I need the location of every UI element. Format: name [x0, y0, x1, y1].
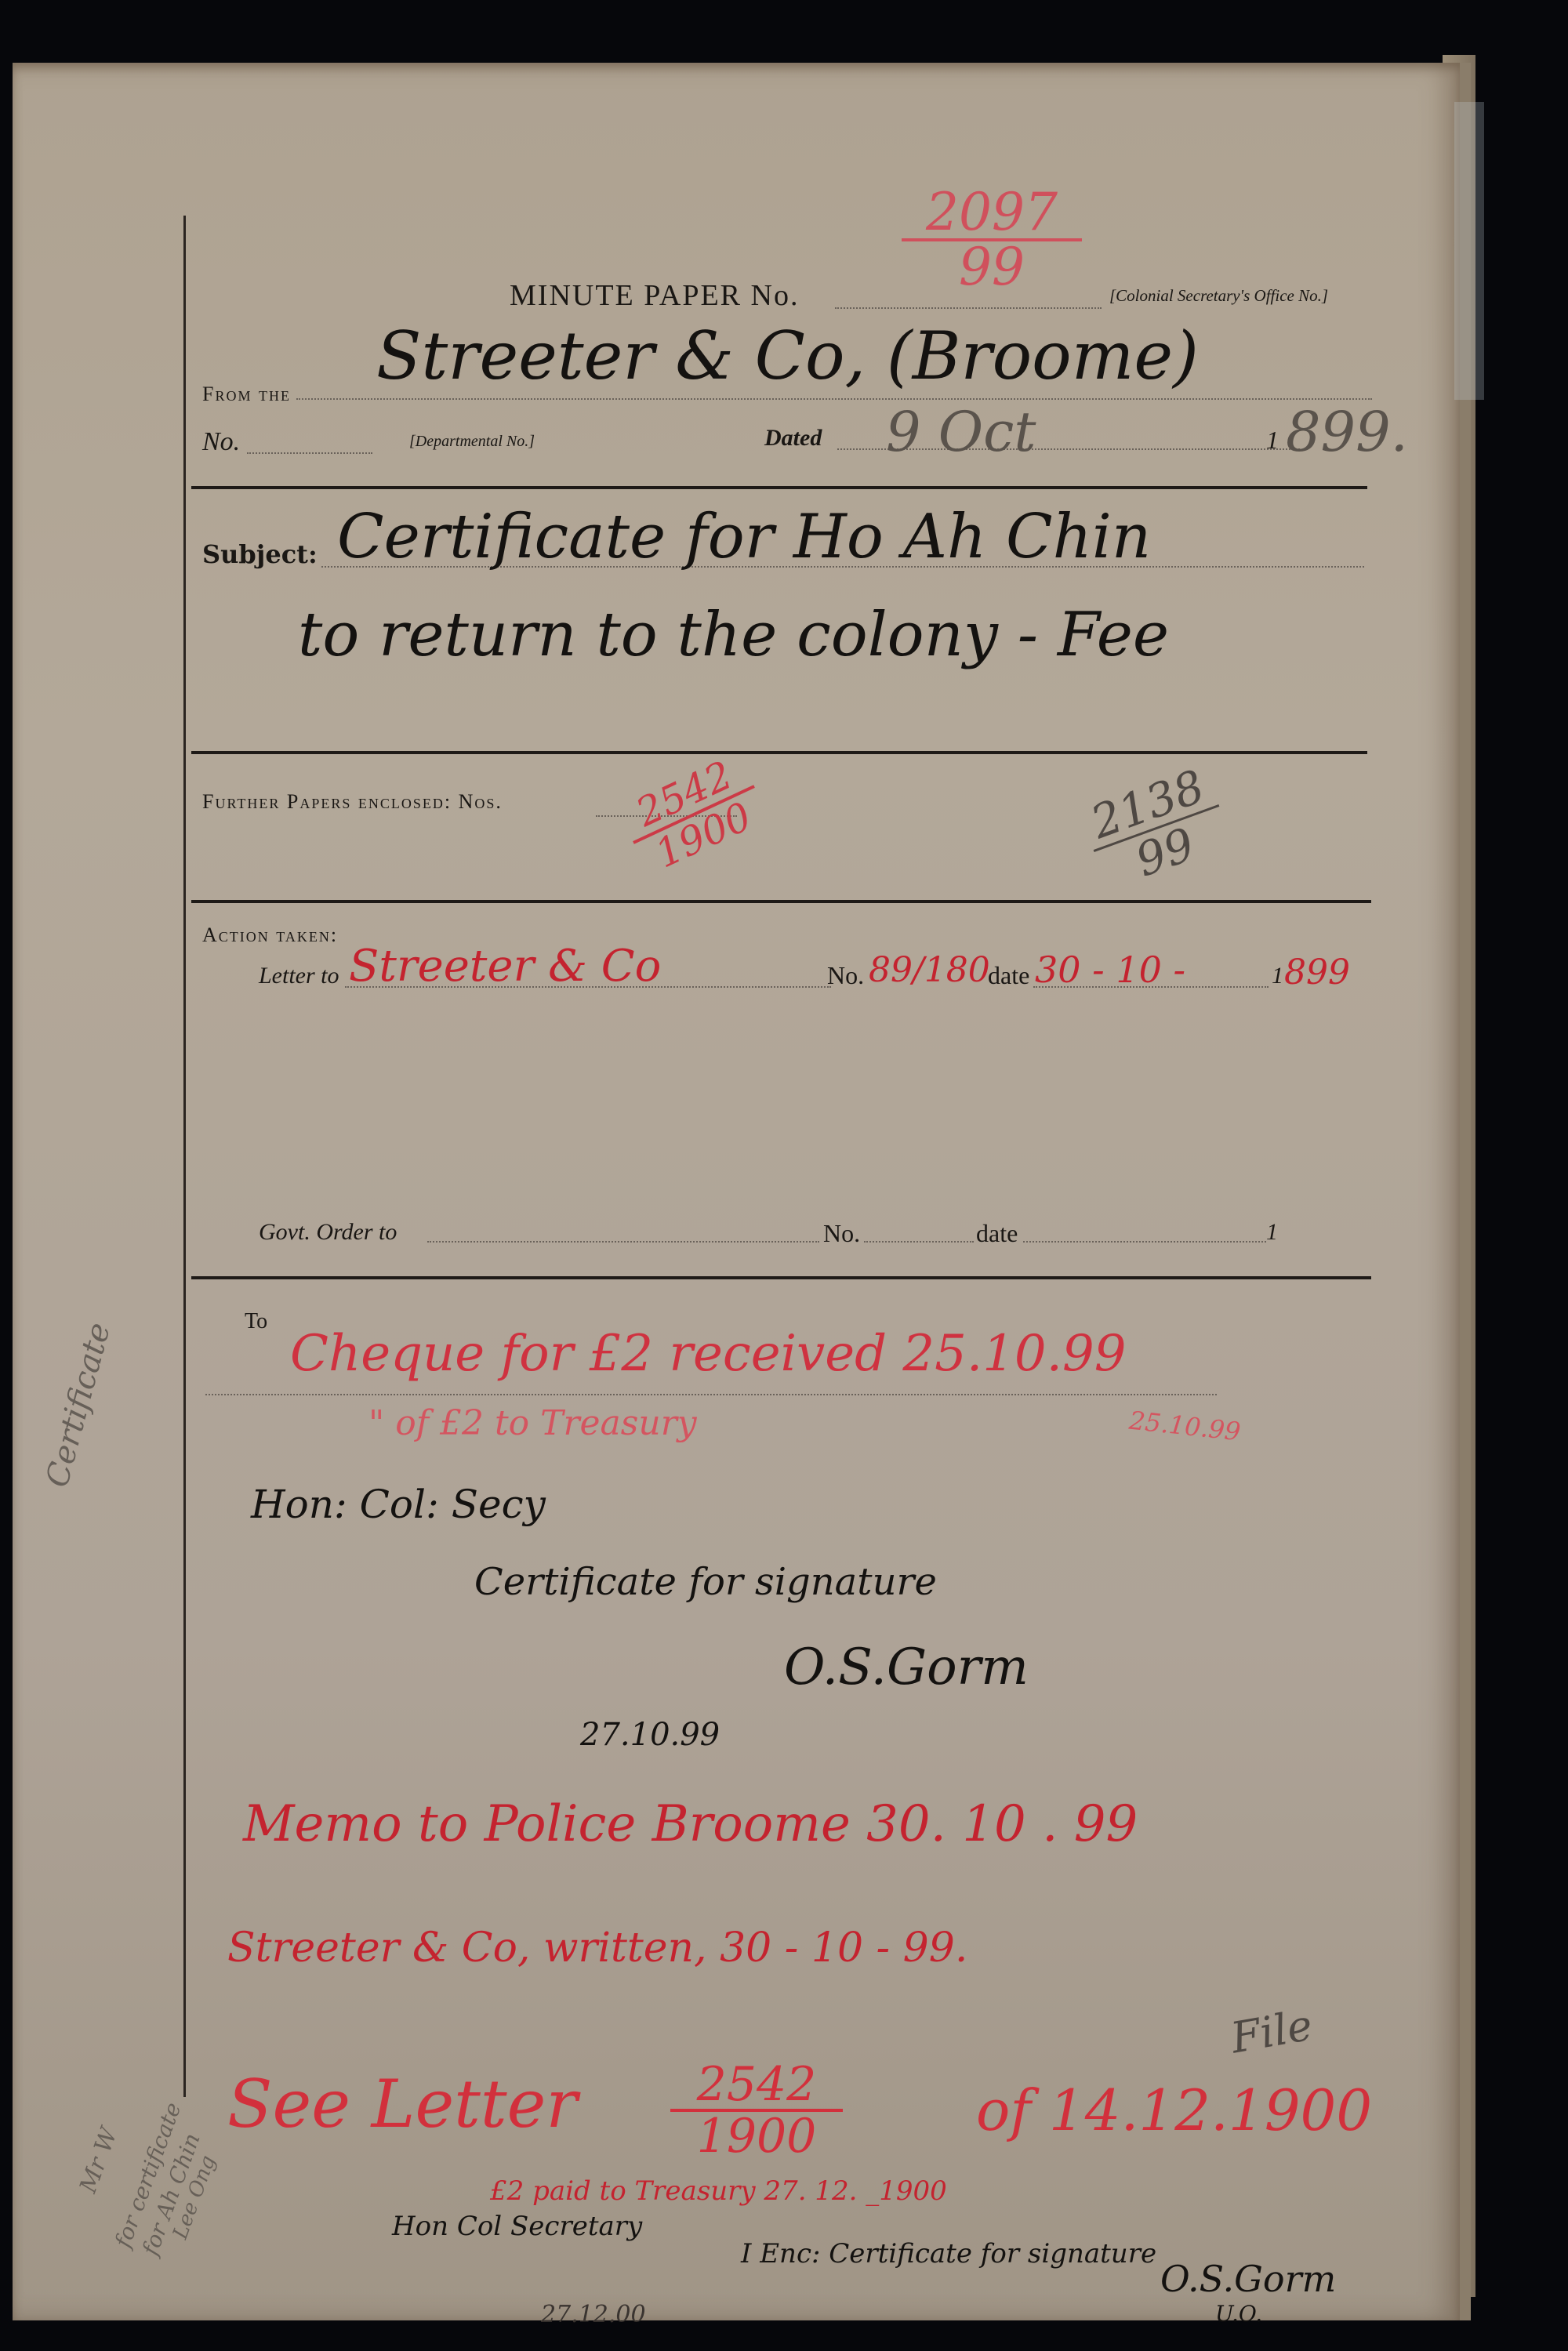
treasury-note: " of £2 to Treasury [368, 1403, 697, 1443]
departmental-no-line [247, 452, 372, 454]
uo-note: U.O. [1215, 2301, 1262, 2327]
cheque-received-note: Cheque for £2 received 25.10.99 [290, 1325, 1126, 1383]
subject-label: Subject: [202, 539, 318, 569]
see-letter-date: of 14.12.1900 [976, 2077, 1372, 2143]
minute-paper-denominator: 99 [959, 237, 1025, 297]
govt-date-line [1023, 1241, 1266, 1243]
signature-2: O.S.Gorm [1160, 2258, 1336, 2300]
letter-to-value: Streeter & Co [349, 941, 661, 992]
see-letter-denominator: 1900 [697, 2109, 817, 2164]
subject-line-1: Certificate for Ho Ah Chin [337, 502, 1151, 572]
from-value: Streeter & Co, (Broome) [376, 317, 1199, 394]
see-letter-number: 2542 1900 [670, 2062, 843, 2159]
see-letter-note: See Letter [227, 2066, 578, 2142]
paid-to-treasury-note: £2 paid to Treasury 27. 12. _1900 [490, 2175, 947, 2207]
header-divider [191, 486, 1367, 489]
signature-1-date: 27.10.99 [580, 1717, 720, 1753]
office-label: [Colonial Secretary's Office No.] [1109, 286, 1328, 306]
minute-paper-numerator: 2097 [926, 182, 1058, 242]
govt-order-label: Govt. Order to [259, 1219, 397, 1246]
year-value: 899. [1286, 400, 1408, 464]
subject-line-2: to return to the colony - Fee [298, 600, 1169, 670]
enc-certificate-note: I Enc: Certificate for signature [741, 2238, 1156, 2269]
from-label: From the [202, 383, 291, 406]
action-taken-divider [191, 1276, 1371, 1279]
certificate-for-signature-note: Certificate for signature [474, 1560, 937, 1604]
from-line [296, 398, 1372, 400]
govt-no-label: No. [823, 1219, 860, 1248]
to-line [205, 1394, 1217, 1395]
signature-1: O.S.Gorm [784, 1638, 1029, 1696]
letter-year-value: 899 [1284, 952, 1350, 992]
letter-no-value: 89/180 [869, 950, 990, 990]
year-prefix: 1 [1266, 426, 1279, 455]
dated-value: 9 Oct [886, 400, 1036, 464]
letter-year-prefix: 1 [1272, 963, 1283, 989]
no-label: No. [202, 427, 240, 457]
hon-col-secretary-note: Hon Col Secretary [392, 2211, 642, 2242]
govt-date-label: date [976, 1219, 1018, 1248]
minute-paper-label: MINUTE PAPER No. [510, 278, 799, 313]
streeter-written-note: Streeter & Co, written, 30 - 10 - 99. [227, 1925, 967, 1972]
govt-no-line [864, 1241, 974, 1243]
memo-police-broome-note: Memo to Police Broome 30. 10 . 99 [243, 1795, 1138, 1853]
letter-date-value: 30 - 10 - [1035, 949, 1185, 991]
subject-divider [191, 751, 1367, 754]
departmental-label: [Departmental No.] [409, 433, 535, 451]
letter-date-label: date [988, 961, 1029, 990]
hon-col-secy-note: Hon: Col: Secy [251, 1482, 546, 1527]
minute-paper-no-line [835, 307, 1102, 309]
letter-to-label: Letter to [259, 963, 339, 989]
govt-year-prefix: 1 [1266, 1219, 1278, 1246]
second-signature-date: 27.12.00 [541, 2301, 646, 2328]
tape-strip [1454, 102, 1484, 400]
minute-paper-number: 2097 99 [902, 188, 1082, 292]
left-margin-rule [183, 216, 186, 2097]
further-papers-label: Further Papers enclosed: Nos. [202, 790, 503, 814]
to-label: To [245, 1309, 267, 1334]
dated-label: Dated [764, 425, 822, 452]
govt-order-line [427, 1241, 819, 1243]
see-letter-numerator: 2542 [697, 2057, 817, 2112]
letter-no-label: No. [827, 961, 864, 990]
further-papers-divider [191, 900, 1371, 903]
action-taken-label: Action taken: [202, 923, 338, 947]
